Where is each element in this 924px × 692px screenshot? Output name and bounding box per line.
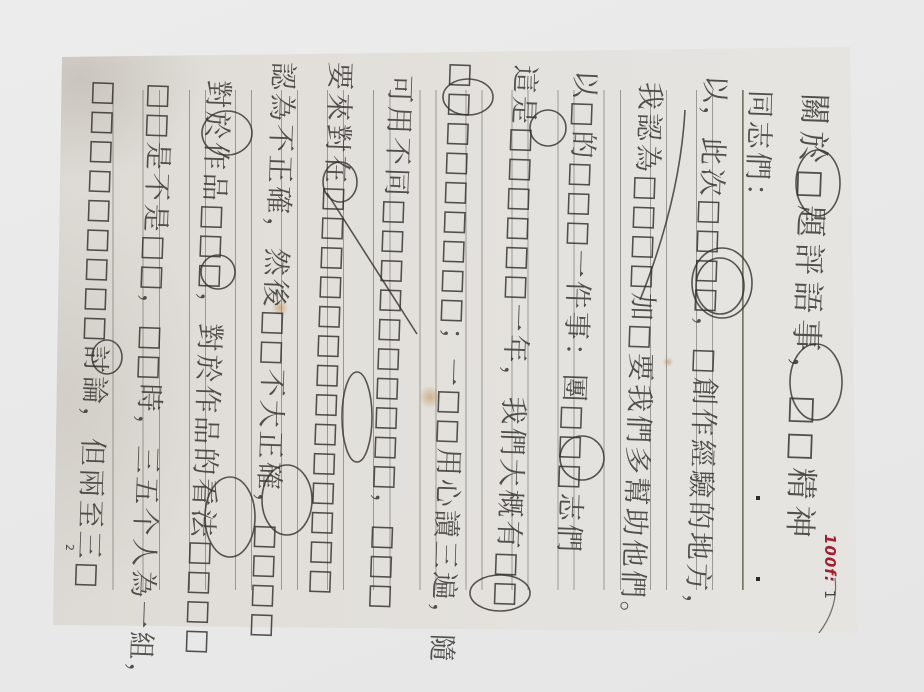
- circled-word-marker: [443, 79, 493, 115]
- bracket-curve: [815, 578, 836, 633]
- circled-word-marker: [262, 465, 312, 535]
- circled-word-marker: [205, 477, 255, 557]
- circled-word-marker: [696, 258, 744, 314]
- circled-word-marker: [530, 110, 566, 146]
- circled-word-marker: [470, 575, 530, 611]
- circled-word-marker: [92, 340, 122, 374]
- manuscript-page: 關於□題評語事，□□精神 同志們： 以，此次□□□□，□創作經驗的地方， 我認為…: [58, 50, 855, 633]
- pencil-markings: [58, 50, 855, 633]
- circled-word-marker: [201, 255, 235, 289]
- circled-word-marker: [342, 372, 372, 462]
- strike-stroke: [327, 193, 417, 334]
- circled-word-marker: [560, 436, 604, 480]
- circled-word-marker: [796, 150, 840, 216]
- strike-stroke: [640, 110, 685, 300]
- circled-word-marker: [790, 344, 842, 420]
- circled-word-marker: [202, 111, 252, 155]
